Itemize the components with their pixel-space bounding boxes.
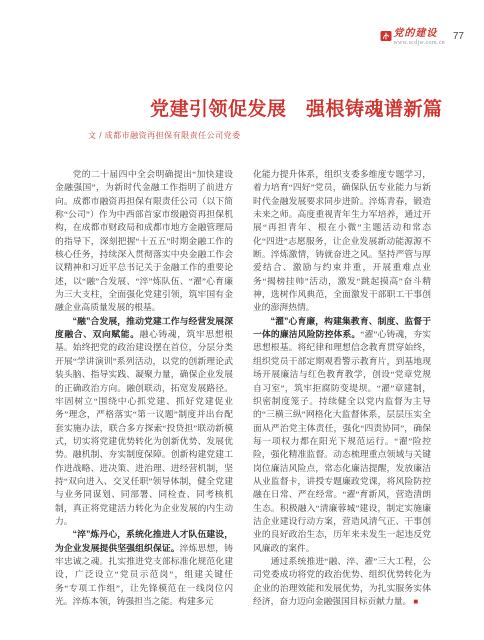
article-end-mark: ■ (413, 597, 418, 606)
magazine-seal-icon (380, 30, 392, 42)
paragraph: “濯”心育廉，构建集教育、制度、监督于一体的廉洁风险防控体系。“濯”心铸魂，夯实… (253, 315, 431, 555)
paragraph-lead: “濯”心育廉，构建集教育、制度、监督于一体的廉洁风险防控体系。 (253, 316, 431, 339)
paragraph: 化能力提升体系，组织支委多维度专题学习，着力培育“四好”党员，确保队伍专业能力与… (253, 168, 431, 315)
magazine-logo-url: www.scdjw.com.cn (393, 40, 445, 46)
magazine-logo-text: 党的建设 (393, 29, 445, 39)
magazine-logo-texts: 党的建设 www.scdjw.com.cn (393, 29, 445, 46)
magazine-logo: 党的建设 www.scdjw.com.cn (380, 29, 445, 46)
paragraph-lead: “淬”炼丹心，系统化推进人才队伍建设，为企业发展提供坚强组织保证。 (55, 529, 233, 552)
article-title: 党建引领促发展 强根铸魂谱新篇 (150, 94, 443, 121)
paragraph: 通过系统推进“融、淬、濯”三大工程，公司党委成功将党的政治优势、组织优势转化为企… (253, 555, 431, 608)
paragraph: “淬”炼丹心，系统化推进人才队伍建设，为企业发展提供坚强组织保证。淬炼思想，铸牢… (55, 528, 233, 608)
paragraph-lead: “融”合发展，推动党建工作与经营发展深度融合、双向赋能。 (55, 316, 233, 339)
article-column-right: 化能力提升体系，组织支委多维度专题学习，着力培育“四好”党员，确保队伍专业能力与… (253, 168, 431, 608)
article-byline: 文 / 成都市融资再担保有限责任公司党委 (88, 130, 241, 141)
paragraph: 党的二十届四中全会明确提出“加快建设金融强国”，为新时代金融工作指明了前进方向。… (55, 168, 233, 315)
paragraph: “融”合发展，推动党建工作与经营发展深度融合、双向赋能。融心铸魂，筑牢思想根基。… (55, 315, 233, 529)
page-number: 77 (453, 31, 464, 42)
article-column-left: 党的二十届四中全会明确提出“加快建设金融强国”，为新时代金融工作指明了前进方向。… (55, 168, 233, 608)
page-header: 党的建设 www.scdjw.com.cn 77 (380, 29, 464, 46)
magazine-page: 党的建设 www.scdjw.com.cn 77 党建引领促发展 强根铸魂谱新篇… (0, 0, 484, 640)
